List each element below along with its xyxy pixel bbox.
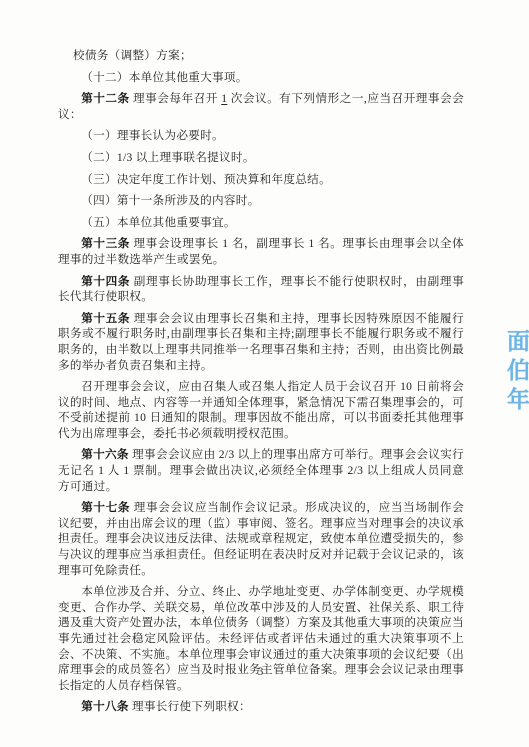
paragraph-text: （四）第十一条所涉及的内容时。 [81, 194, 259, 207]
paragraph-text: 校债务（调整）方案； [73, 49, 192, 62]
paragraph-6: （三）决定年度工作计划、预决算和年度总结。 [58, 172, 464, 188]
blue-seal-stamp: 面伯年 [507, 327, 529, 414]
stamp-character: 年 [507, 385, 529, 414]
paragraph-text: （二）1/3 以上理事联名提议时。 [81, 151, 255, 164]
article-heading: 第十六条 [81, 448, 129, 461]
paragraph-14: 第十七条 理事会会议应当制作会议记录。形成决议的，应当当场制作会议纪要，并由出席… [58, 500, 464, 578]
paragraph-8: （五）本单位其他重要事宜。 [58, 215, 464, 231]
paragraph-4: （一）理事长认为必要时。 [58, 128, 464, 144]
paragraph-text: （三）决定年度工作计划、预决算和年度总结。 [81, 173, 331, 186]
article-heading: 第十三条 [81, 237, 130, 250]
paragraph-2: （十二）本单位其他重大事项。 [58, 70, 464, 86]
paragraph-text: （一）理事长认为必要时。 [81, 129, 224, 142]
stamp-character: 伯 [507, 356, 529, 385]
paragraph-11: 第十五条 理事会会议由理事长召集和主持，理事长因特殊原因不能履行职务或不履行职务… [58, 311, 464, 373]
article-heading: 第十五条 [81, 312, 130, 325]
paragraph-12: 召开理事会会议，应由召集人或召集人指定人员于会议召开 10 日前将会议的时间、地… [58, 379, 464, 441]
scanned-document-page: 校债务（调整）方案；（十二）本单位其他重大事项。第十二条 理事会每年召开 1 次… [0, 0, 529, 747]
paragraph-16: 第十八条 理事长行使下列职权： [58, 699, 464, 715]
paragraph-5: （二）1/3 以上理事联名提议时。 [58, 150, 464, 166]
stamp-character: 面 [507, 327, 529, 356]
paragraph-10: 第十四条 副理事长协助理事长工作，理事长不能行使职权时，由副理事长代其行使职权。 [58, 274, 464, 305]
paragraph-text: 理事会每年召开 [130, 92, 222, 105]
article-heading: 第十二条 [81, 92, 129, 105]
paragraph-1: 校债务（调整）方案； [58, 48, 464, 64]
paragraph-13: 第十六条 理事会会议应由 2/3 以上的理事出席方可举行。理事会会议实行无记名 … [58, 447, 464, 494]
article-heading: 第十七条 [81, 501, 130, 514]
paragraph-7: （四）第十一条所涉及的内容时。 [58, 193, 464, 209]
paragraph-3: 第十二条 理事会每年召开 1 次会议。有下列情形之一,应当召开理事会会议： [58, 91, 464, 122]
page-number: 3 [58, 666, 464, 678]
article-heading: 第十四条 [81, 275, 130, 288]
document-body: 校债务（调整）方案；（十二）本单位其他重大事项。第十二条 理事会每年召开 1 次… [58, 48, 464, 721]
paragraph-text: 理事长行使下列职权： [129, 700, 251, 713]
article-heading: 第十八条 [81, 700, 129, 713]
paragraph-text: （五）本单位其他重要事宜。 [81, 216, 236, 229]
paragraph-text: （十二）本单位其他重大事项。 [81, 71, 248, 84]
paragraph-text: 召开理事会会议，应由召集人或召集人指定人员于会议召开 10 日前将会议的时间、地… [58, 380, 464, 440]
paragraph-9: 第十三条 理事会设理事长 1 名，副理事长 1 名。理事长由理事会以全体理事的过… [58, 236, 464, 267]
